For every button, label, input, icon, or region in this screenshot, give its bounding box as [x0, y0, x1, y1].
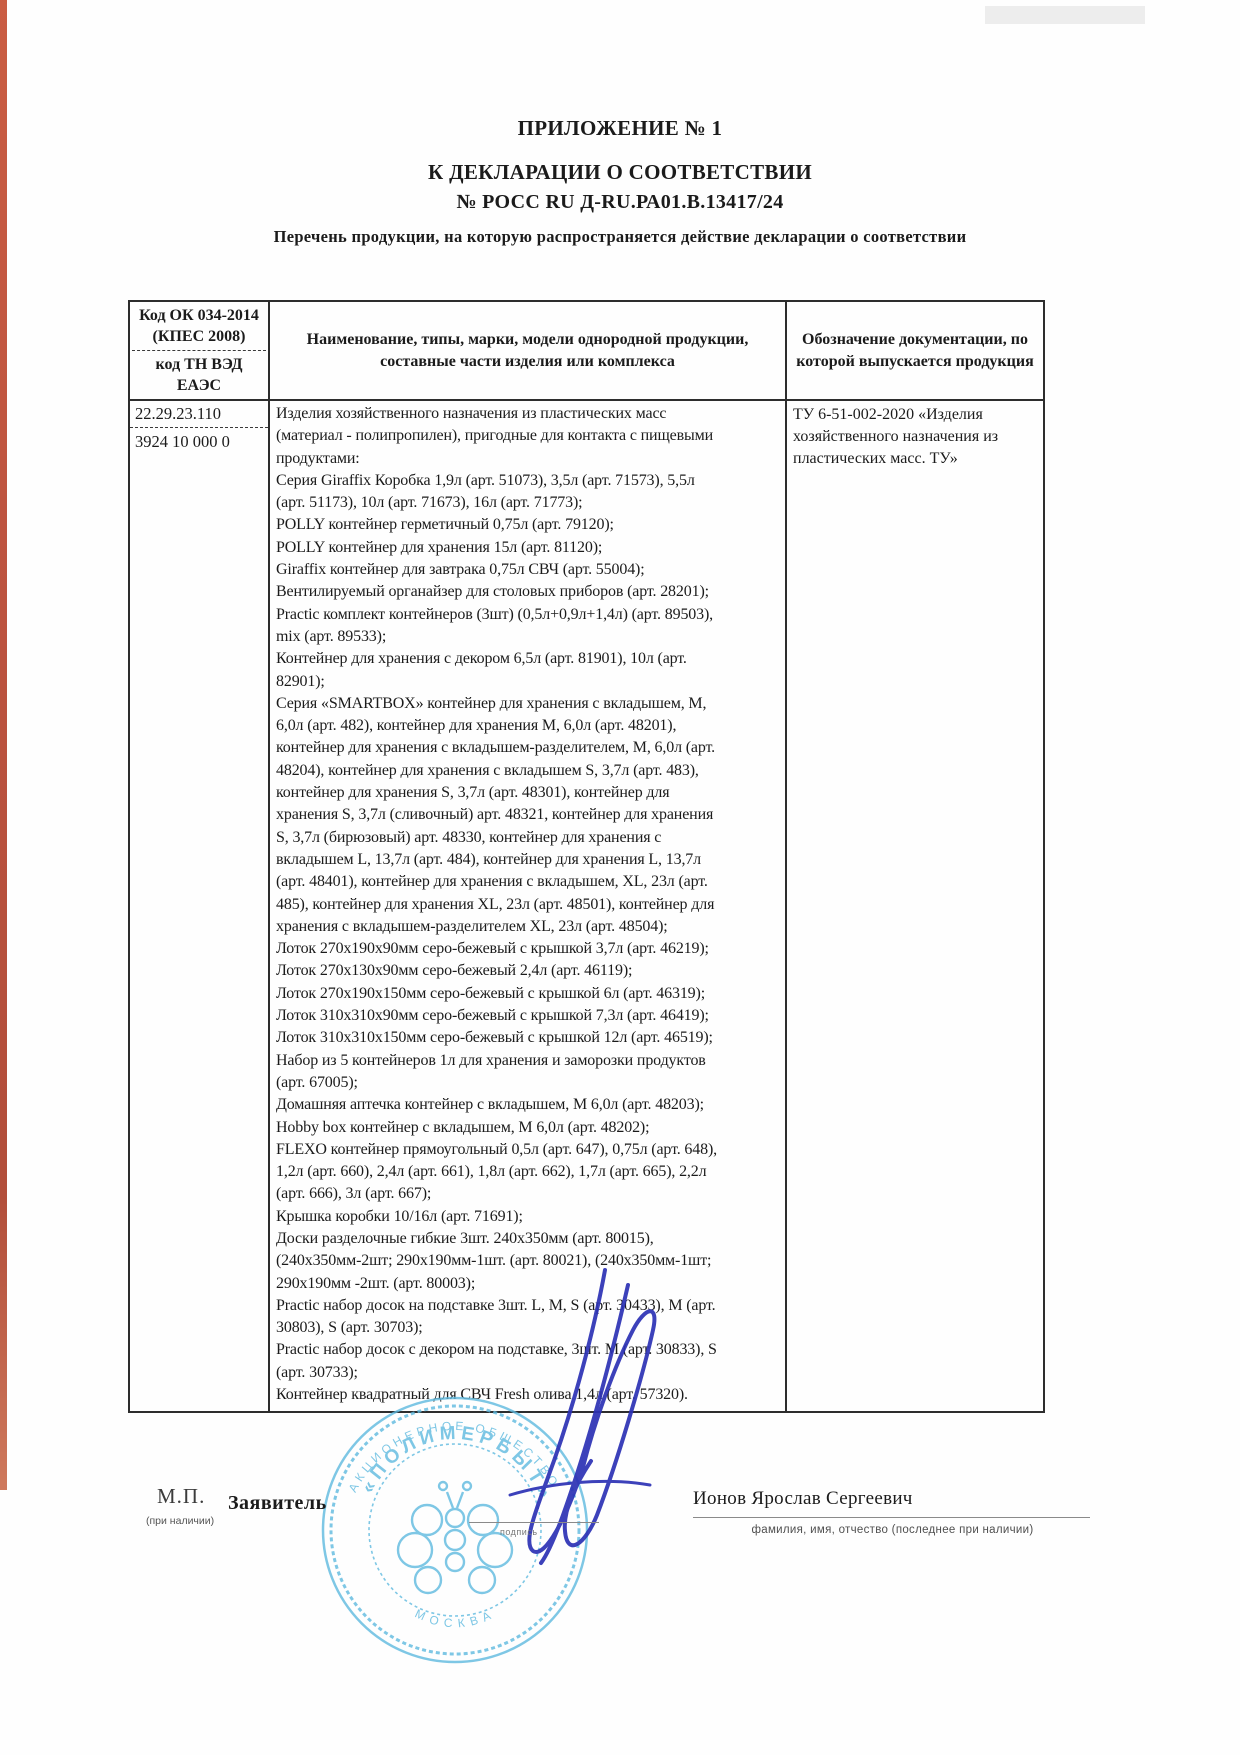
product-line: POLLY контейнер герметичный 0,75л (арт. …: [276, 514, 783, 536]
declaration-title: К ДЕКЛАРАЦИИ О СООТВЕТСТВИИ: [0, 160, 1240, 185]
document-page: ПРИЛОЖЕНИЕ № 1 К ДЕКЛАРАЦИИ О СООТВЕТСТВ…: [0, 0, 1240, 1755]
product-line: POLLY контейнер для хранения 15л (арт. 8…: [276, 537, 783, 559]
product-line: (арт. 51173), 10л (арт. 71673), 16л (арт…: [276, 492, 783, 514]
product-line: хранения с вкладышем-разделителем XL, 23…: [276, 916, 783, 938]
product-table: Код ОК 034-2014 (КПЕС 2008) код ТН ВЭД Е…: [128, 300, 1045, 1413]
product-line: Лоток 310х310х150мм серо-бежевый с крышк…: [276, 1027, 783, 1049]
product-line: S, 3,7л (бирюзовый) арт. 48330, контейне…: [276, 827, 783, 849]
product-line: Серия Giraffix Коробка 1,9л (арт. 51073)…: [276, 470, 783, 492]
product-line: Крышка коробки 10/16л (арт. 71691);: [276, 1206, 783, 1228]
product-line: (материал - полипропилен), пригодные для…: [276, 425, 783, 447]
header-code-line: (КПЕС 2008): [134, 326, 264, 347]
product-line: Giraffix контейнер для завтрака 0,75л СВ…: [276, 559, 783, 581]
product-line: продуктами:: [276, 448, 783, 470]
header-code-line: ЕАЭС: [134, 375, 264, 396]
product-line: Лоток 270х190х150мм серо-бежевый с крышк…: [276, 983, 783, 1005]
declaration-number: № РОСС RU Д-RU.РА01.В.13417/24: [0, 191, 1240, 214]
signature-ink: [455, 1255, 705, 1585]
okpd-code: 22.29.23.110: [130, 401, 268, 428]
header-code-column: Код ОК 034-2014 (КПЕС 2008) код ТН ВЭД Е…: [129, 301, 269, 400]
applicant-label: Заявитель: [228, 1492, 327, 1515]
product-line: FLEXO контейнер прямоугольный 0,5л (арт.…: [276, 1139, 783, 1161]
product-line: Practic комплект контейнеров (3шт) (0,5л…: [276, 604, 783, 626]
table-header-row: Код ОК 034-2014 (КПЕС 2008) код ТН ВЭД Е…: [129, 301, 1044, 400]
product-line: вкладышем L, 13,7л (арт. 484), контейнер…: [276, 849, 783, 871]
name-line: [693, 1517, 1090, 1518]
product-line: Hobby box контейнер с вкладышем, М 6,0л …: [276, 1117, 783, 1139]
signature-caption: подпись: [500, 1527, 538, 1537]
product-line: Вентилируемый органайзер для столовых пр…: [276, 581, 783, 603]
product-line: Контейнер для хранения с декором 6,5л (а…: [276, 648, 783, 670]
product-line: Лоток 270х130х90мм серо-бежевый 2,4л (ар…: [276, 960, 783, 982]
doc-designation-cell: ТУ 6-51-002-2020 «Изделия хозяйственного…: [786, 400, 1044, 1412]
appendix-title: ПРИЛОЖЕНИЕ № 1: [0, 116, 1240, 141]
scan-edge-artifact: [0, 0, 7, 1490]
product-line: 485), контейнер для хранения XL, 23л (ар…: [276, 894, 783, 916]
product-line: (арт. 48401), контейнер для хранения с в…: [276, 871, 783, 893]
product-line: Домашняя аптечка контейнер с вкладышем, …: [276, 1094, 783, 1116]
stamp-city-text: МОСКВА: [413, 1606, 498, 1631]
product-line: 48204), контейнер для хранения с вкладыш…: [276, 760, 783, 782]
product-line: контейнер для хранения S, 3,7л (арт. 483…: [276, 782, 783, 804]
product-line: mix (арт. 89533);: [276, 626, 783, 648]
name-caption: фамилия, имя, отчество (последнее при на…: [700, 1524, 1085, 1536]
header-dashed-divider: [132, 350, 266, 351]
product-line: Доски разделочные гибкие 3шт. 240х350мм …: [276, 1228, 783, 1250]
product-line: 1,2л (арт. 660), 2,4л (арт. 661), 1,8л (…: [276, 1161, 783, 1183]
mp-label: М.П.: [157, 1484, 205, 1509]
svg-text:МОСКВА: МОСКВА: [413, 1606, 498, 1631]
header-code-line: код ТН ВЭД: [134, 354, 264, 375]
product-line: Лоток 270х190х90мм серо-бежевый с крышко…: [276, 938, 783, 960]
header-doc-column: Обозначение документации, по которой вып…: [786, 301, 1044, 400]
header-name-column: Наименование, типы, марки, модели одноро…: [269, 301, 786, 400]
product-line: (арт. 67005);: [276, 1072, 783, 1094]
product-line: (арт. 666), 3л (арт. 667);: [276, 1183, 783, 1205]
mp-note: (при наличии): [146, 1515, 214, 1527]
product-line: 82901);: [276, 671, 783, 693]
signature-line: [469, 1522, 599, 1523]
product-line: 6,0л (арт. 482), контейнер для хранения …: [276, 715, 783, 737]
code-cell: 22.29.23.110 3924 10 000 0: [129, 400, 269, 1412]
product-line: контейнер для хранения с вкладышем-разде…: [276, 737, 783, 759]
product-line: Набор из 5 контейнеров 1л для хранения и…: [276, 1050, 783, 1072]
list-subtitle: Перечень продукции, на которую распростр…: [0, 227, 1240, 247]
scan-smudge-artifact: [985, 6, 1145, 24]
header-code-line: Код ОК 034-2014: [134, 305, 264, 326]
product-line: хранения S, 3,7л (сливочный) арт. 48321,…: [276, 804, 783, 826]
tnved-code: 3924 10 000 0: [130, 428, 268, 452]
applicant-name: Ионов Ярослав Сергеевич: [693, 1488, 913, 1510]
doc-designation: ТУ 6-51-002-2020 «Изделия хозяйственного…: [787, 401, 1043, 473]
product-line: Лоток 310х310х90мм серо-бежевый с крышко…: [276, 1005, 783, 1027]
product-line: Серия «SMARTBOX» контейнер для хранения …: [276, 693, 783, 715]
product-line: Изделия хозяйственного назначения из пла…: [276, 403, 783, 425]
